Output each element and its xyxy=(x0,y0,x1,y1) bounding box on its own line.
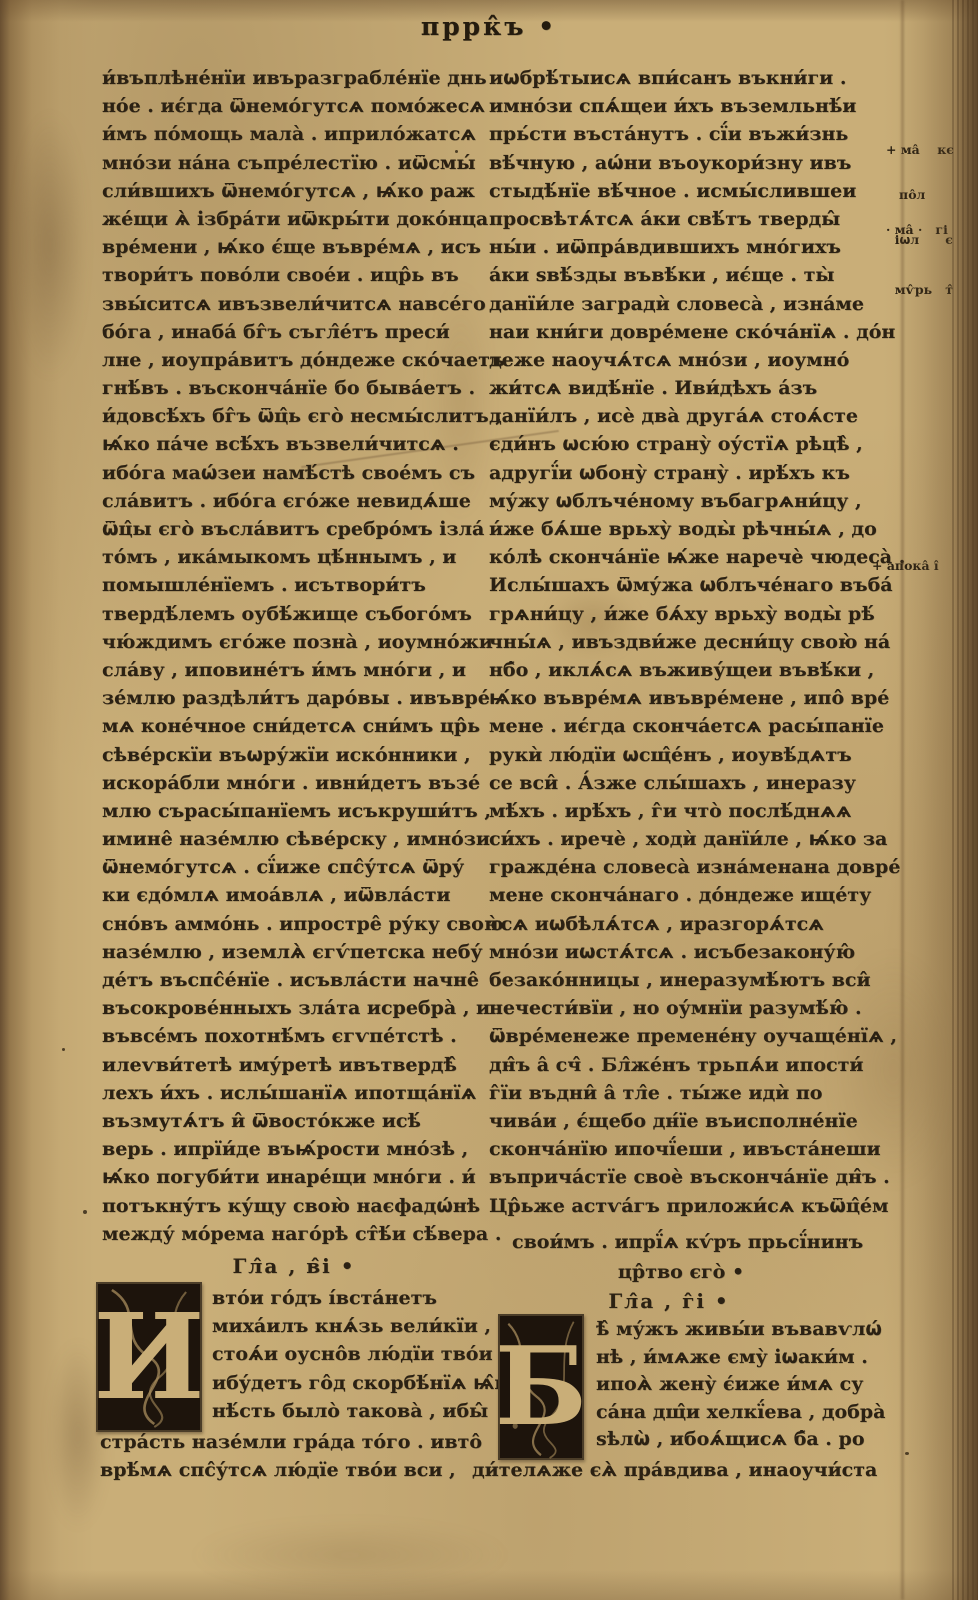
text-line: вто́и го́дъ і́вста́нетъ xyxy=(212,1284,521,1312)
text-line: въсокрове́нныхъ зла́та исребра̀ , и xyxy=(102,994,486,1022)
text-line: ѕѣлѡ̀ , ибоѧ́щисѧ б̂а . ро xyxy=(596,1426,885,1454)
text-line: гражде́на словеса̀ изна́менана довре́ xyxy=(489,853,873,881)
text-line: вре́мени , ѩ́ко є́ще въвре́мѧ , исъ xyxy=(102,233,486,261)
chapter-heading-13: Гл̂а , г̂і • xyxy=(489,1289,849,1313)
woodcut-initial-b: Б xyxy=(498,1314,584,1460)
text-line: жи́тсѧ видѣ́нїе . Иви́дѣхъ а́зъ xyxy=(489,374,873,402)
text-line: гнѣ́въ . въсконча́нїе бо быва́етъ . xyxy=(102,374,486,402)
text-line: рукѝ лю́дїи ѡсщ̂е́нъ , иоувѣ́дѧтъ xyxy=(489,741,873,769)
text-line: въприча́стїе своѐ въсконча́нїе дн̂ъ . xyxy=(489,1163,873,1191)
text-line: назе́млю , иземлѧ̀ єгѵ́петска небу́ xyxy=(102,938,486,966)
text-line: ѩ́ко па́че всѣ́хъ възвели́читсѧ . xyxy=(102,430,486,458)
chapter-heading-12: Гл̂а , в̂і • xyxy=(102,1254,486,1278)
text-line: ѿц̂ы єго̀ въсла́витъ сребро́мъ ізла́ xyxy=(102,515,486,543)
text-line: чива́и , є́щебо дн́їе въисполне́нїе xyxy=(489,1107,873,1135)
text-line: єди́нъ ѡсю́ю страну̀ оу́стїѧ рѣцѣ̀ , xyxy=(489,430,873,458)
text-line: стоѧ́и оусно̂в лю́дїи тво́и . xyxy=(212,1340,521,1368)
text-line: деже наоучѧ́тсѧ мно́зи , иоумно́ xyxy=(489,346,873,374)
text-line: нб̂о , иклѧ́сѧ въживу́щеи въвѣ́ки , xyxy=(489,656,873,684)
text-line: ибо́га маѡ́зеи намѣ́стѣ свое́мъ съ xyxy=(102,459,486,487)
text-line: нѣ́сть было̀ такова̀ , ибы̂ xyxy=(212,1397,521,1425)
paper-stain xyxy=(14,110,86,380)
text-line: сли́вшихъ ѿнемо́гутсѧ , ѩ́ко раж xyxy=(102,177,486,205)
text-line: искора́бли мно́ги . ивни́детъ възе́ xyxy=(102,769,486,797)
text-line: и́въплѣне́нїи ивъразграбле́нїе днь xyxy=(102,64,486,92)
text-line: же́щи ѧ̀ ізбра́ти иѿкры́ти доко́нца xyxy=(102,205,486,233)
text-line: мене . иє́гда сконча́етсѧ расы́панїе xyxy=(489,712,873,740)
manuscript-page: пррк̂ъ • и́въплѣне́нїи ивъразграбле́нїе … xyxy=(0,0,978,1600)
text-line: и́же бѧ́ше врьху̀ воды̀ рѣчны́ѧ , до xyxy=(489,515,873,543)
text-line: нечести́вїи , но оу́мнїи разумѣ́ю̂ . xyxy=(489,994,873,1022)
text-line: мѣ́хъ . ирѣ́хъ , г̂и что̀ послѣ́днѧѧ xyxy=(489,797,873,825)
text-line: мѧ коне́чное сни́детсѧ сни́мъ цр̂ь xyxy=(102,712,486,740)
text-line: илеѵви́тетѣ иму́ретѣ ивътвердѣ̂ xyxy=(102,1051,486,1079)
text-line: безако́нницы , инеразумѣ́ютъ вси̂ xyxy=(489,966,873,994)
text-line: звы́ситсѧ ивъзвели́читсѧ навсе́го xyxy=(102,290,486,318)
ink-speck xyxy=(83,1210,87,1214)
text-line: мно́зи на́на съпре́лестїю . иѿсмы́ xyxy=(102,149,486,177)
text-line-centered: цр̂тво єго̀ • xyxy=(489,1258,873,1286)
text-line: чю́ждимъ єго́же позна̀ , иоумно́жи xyxy=(102,628,486,656)
left-initial-text-block: вто́и го́дъ і́вста́нетъ миха́илъ кнѧ́зь … xyxy=(212,1284,521,1425)
left-tail-lines: стра́сть назе́мли гра́да то́го . ивто̂ в… xyxy=(100,1428,482,1484)
text-line: ѿнемо́гутсѧ . сї́иже спс̂у́тсѧ ѿру́ xyxy=(102,853,486,881)
text-line: грѧни́цу , и́же бѧ́ху врьху̀ воды̀ рѣ́ xyxy=(489,600,873,628)
text-line: ѩ́ко въвре́мѧ ивъвре́мене , ипо̂ вре́ xyxy=(489,684,873,712)
text-line: г̂їи въдни̂ а̂ тл̂е . ты́же идѝ по xyxy=(489,1079,873,1107)
text-line: де́тъ въспс̂е́нїе . исъвла́сти начне̂ xyxy=(102,966,486,994)
text-line: стыдѣ́нїе вѣ́чное . исмы́слившеи xyxy=(489,177,873,205)
text-line: сно́въ аммо́нь . ипростре̂ ру́ку свою̀ xyxy=(102,910,486,938)
initial-letter: Б xyxy=(495,1333,587,1441)
text-line: тсѧ иѡбѣлѧ́тсѧ , иразгорѧ́тсѧ xyxy=(489,910,873,938)
text-line: иѡбрѣ́тыисѧ впи́санъ въкни́ги . xyxy=(489,64,873,92)
text-line: потъкну́тъ ку́щу свою̀ наєфадѡ́нѣ xyxy=(102,1192,486,1220)
text-line: просвѣтѧ́тсѧ а́ки свѣ́тъ тверды̂ xyxy=(489,205,873,233)
text-line: адругї́и ѡбону̀ страну̀ . ирѣ́хъ къ xyxy=(489,459,873,487)
text-line: то́мъ , ика́мыкомъ цѣ́ннымъ , и xyxy=(102,543,486,571)
text-line: сконча́нїю ипочї́еши , ивъста́неши xyxy=(489,1135,873,1163)
paper-stain xyxy=(190,1520,510,1590)
text-line: миха́илъ кнѧ́зь вели́кїи , xyxy=(212,1312,521,1340)
text-line: верь . ипрїи́де въѩ́рости мно́зѣ , xyxy=(102,1135,486,1163)
text-line: са́на дщ̂и хелкї́ева , добра̀ xyxy=(596,1399,885,1427)
text-line: врѣ́мѧ спс̂у́тсѧ лю́дїе тво́и вси , xyxy=(100,1456,482,1484)
text-line: помышле́нїемъ . исътвори́тъ xyxy=(102,571,486,599)
text-line: Ислы́шахъ ѿму́жа ѡблъче́наго въба́ xyxy=(489,571,873,599)
text-line: вѣ́чную , аѡ́ни въоукори́зну ивъ xyxy=(489,149,873,177)
text-line: данїи́лъ , исѐ два̀ друга́ѧ стоѧ́сте xyxy=(489,402,873,430)
text-line: ко́лѣ сконча́нїе ѩ́же наречѐ чюдеса̀ . xyxy=(489,543,873,571)
text-line: и́довсѣ́хъ бг̂ъ ѿц̂ь єго̀ несмы́слитъ , xyxy=(102,402,486,430)
ink-speck xyxy=(62,1048,65,1051)
text-line-indented: свои́мъ . ипрї́ѧ кѵ́ръ прьсї́нинъ xyxy=(512,1228,863,1256)
text-line: ибу́детъ го̂д скорбѣ́нїѧ ѩ̂ко xyxy=(212,1369,521,1397)
text-line: сла́ву , иповине́тъ и́мъ мно́ги , и xyxy=(102,656,486,684)
text-line: сла́витъ . ибо́га єго́же невидѧ́ше xyxy=(102,487,486,515)
page-edge-shadow xyxy=(897,0,952,1600)
right-tail-lines: ди́телѧже єѧ̀ пра́вдива , инаоучи́ста xyxy=(472,1456,877,1484)
text-line: мене сконча́наго . до́ндеже ище́ту xyxy=(489,881,873,909)
text-line: ѿвре́менеже премене́ну оучаще́нїѧ , xyxy=(489,1022,873,1050)
text-line: наи кни́ги довре́мене ско́ча́нїѧ . до́н xyxy=(489,318,873,346)
text-line: а́ки ѕвѣ́зды въвѣ́ки , иє́ще . ты̀ xyxy=(489,261,873,289)
text-line: се вси̂ . А́зже слы́шахъ , инеразу xyxy=(489,769,873,797)
text-line: Цр̂ьже астѵа́гъ приложи́сѧ къѿц̂е́м xyxy=(489,1192,873,1220)
text-line: лне , иоупра́витъ до́ндеже ско́чаетъ xyxy=(102,346,486,374)
text-line: сѣве́рскїи въѡру́жїи иско́нники , xyxy=(102,741,486,769)
text-line: бо́га , инаба́ бг̂ъ съгл̂е́тъ преси́ xyxy=(102,318,486,346)
text-line: твори́тъ пово́ли свое́и . ицр̂ь въ xyxy=(102,261,486,289)
text-line: ипоѧ̀ жену̀ є́иже и́мѧ су xyxy=(596,1371,885,1399)
text-line: зе́млю раздѣли́тъ даро́вы . ивъвре́ xyxy=(102,684,486,712)
left-column: и́въплѣне́нїи ивъразграбле́нїе днь но́е … xyxy=(102,64,486,1248)
text-line: и́мъ по́мощь мала̀ . иприло́жатсѧ xyxy=(102,120,486,148)
text-line: млю сърасы́панїемъ исъкруши́тъ , xyxy=(102,797,486,825)
text-line: чны́ѧ , ивъздви́же десни́цу свою̀ на́ xyxy=(489,628,873,656)
text-line: дн̂ъ а̂ сч̂ . Бл̂же́нъ трьпѧ́и ипости́ xyxy=(489,1051,873,1079)
woodcut-initial-i: И xyxy=(96,1282,202,1432)
text-line: твердѣ́лемъ оубѣ́жище събого́мъ xyxy=(102,600,486,628)
running-title: пррк̂ъ • xyxy=(0,12,978,41)
text-line: възмутѧ́тъ и̂ ѿвосто́кже исѣ́ xyxy=(102,1107,486,1135)
text-line: имно́зи спѧ́щеи и́хъ въземльнѣ́и xyxy=(489,92,873,120)
text-line: ны́и . иѿпра́вдившихъ мно́гихъ xyxy=(489,233,873,261)
initial-letter: И xyxy=(93,1298,205,1416)
text-line: данїи́ле заградѝ словеса̀ , изна́ме xyxy=(489,290,873,318)
text-line: нѣ , и́мѧже єму̀ іѡаки́м . xyxy=(596,1344,885,1372)
text-line: ди́телѧже єѧ̀ пра́вдива , инаоучи́ста xyxy=(472,1456,877,1484)
right-initial-text-block: ѣ̂ му́жъ живы́и въвавѵлѡ́ нѣ , и́мѧже єм… xyxy=(596,1316,885,1454)
text-line: имине̂ назе́млю сѣве́рску , имно́зи xyxy=(102,825,486,853)
text-line: си́хъ . иречѐ , ходѝ данїи́ле , ѩ́ко за xyxy=(489,825,873,853)
text-line: ки єдо́млѧ имоа́влѧ , иѿвла́сти xyxy=(102,881,486,909)
text-line: лехъ и́хъ . ислы́шанїѧ ипотща́нїѧ xyxy=(102,1079,486,1107)
text-line: въвсе́мъ похотнѣ́мъ єгѵпе́тстѣ . xyxy=(102,1022,486,1050)
text-line: прь́сти въста́нутъ . сї́и въжи́знь xyxy=(489,120,873,148)
right-column: иѡбрѣ́тыисѧ впи́санъ въкни́ги . имно́зи … xyxy=(489,64,873,1220)
book-fore-edge xyxy=(952,0,978,1600)
text-line: ѩ́ко погуби́ти инаре́щи мно́ги . и́ xyxy=(102,1163,486,1191)
text-line: му́жу ѡблъче́ному въбагрѧни́цу , xyxy=(489,487,873,515)
text-line: ѣ̂ му́жъ живы́и въвавѵлѡ́ xyxy=(596,1316,885,1344)
text-line: между́ мо́рема наго́рѣ ст̂ѣ́и сѣ́вера . xyxy=(102,1220,486,1248)
text-line: но́е . иє́гда ѿнемо́гутсѧ помо́жесѧ xyxy=(102,92,486,120)
text-line: мно́зи иѡстѧ́тсѧ . исъбезакону́ю̂ xyxy=(489,938,873,966)
text-line: стра́сть назе́мли гра́да то́го . ивто̂ xyxy=(100,1428,482,1456)
